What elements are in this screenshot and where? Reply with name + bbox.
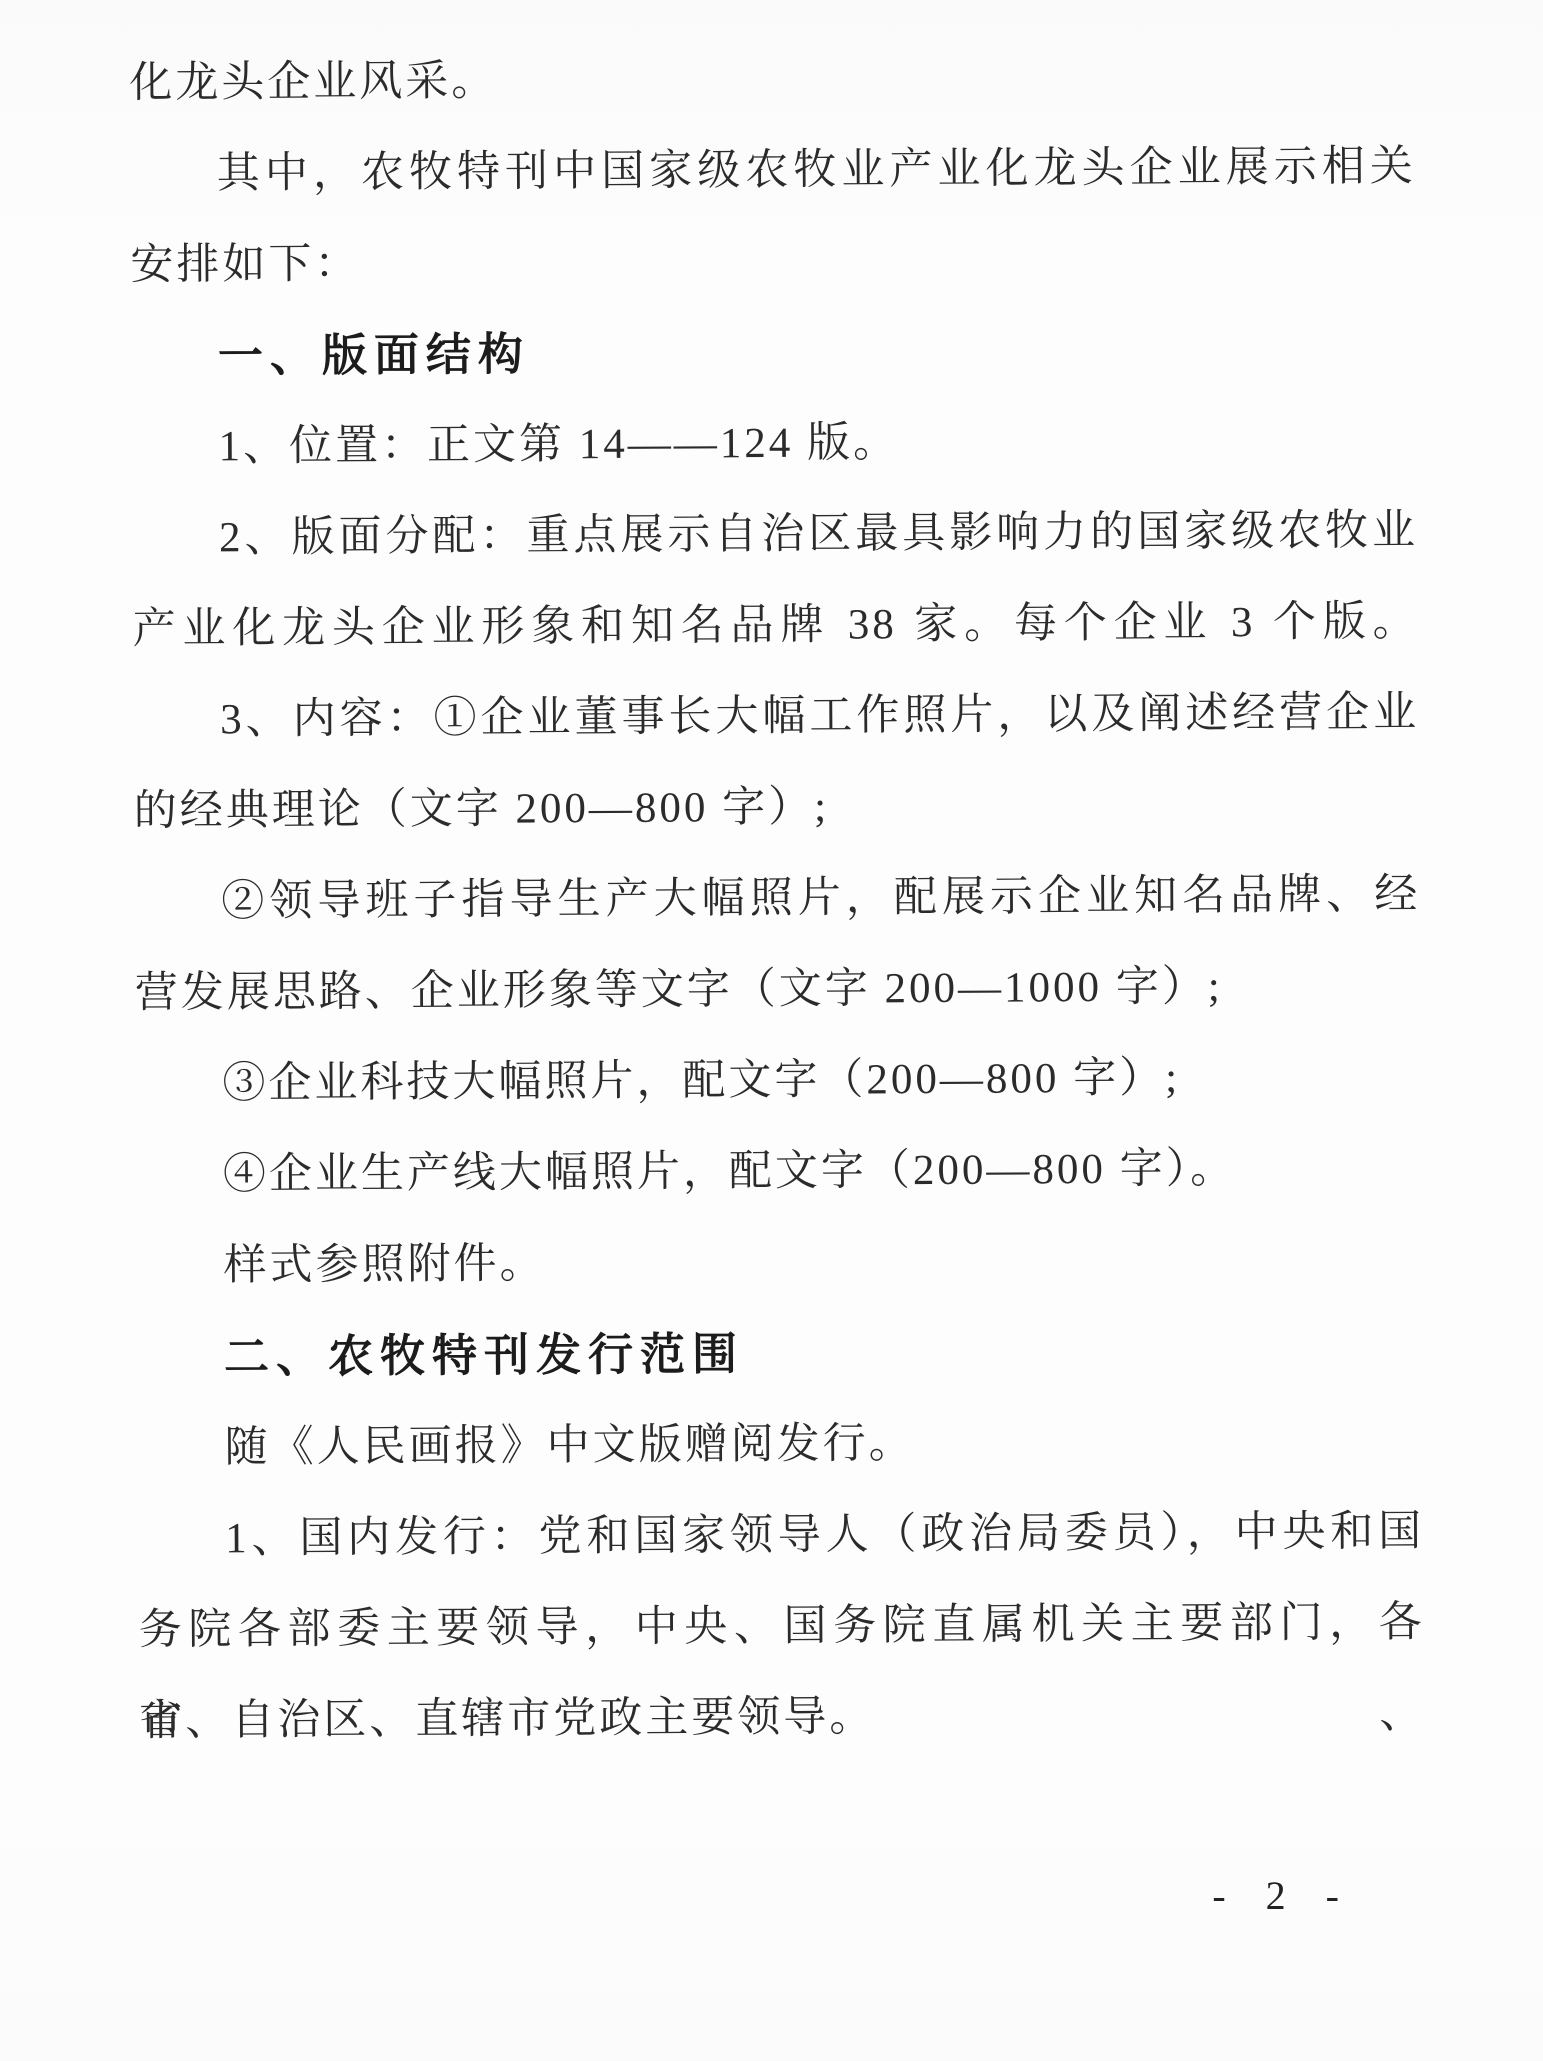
page-number: - 2 - <box>1212 1872 1345 1919</box>
body-line: 样式参照附件。 <box>136 1213 1423 1312</box>
body-line: 1、国内发行：党和国家领导人（政治局委员），中央和国 <box>138 1486 1425 1585</box>
body-line: 安排如下： <box>130 212 1417 311</box>
body-line: 务院各部委主要领导，中央、国务院直属机关主要部门，各省、 <box>138 1577 1425 1676</box>
body-line: 2、版面分配：重点展示自治区最具影响力的国家级农牧业 <box>132 485 1419 584</box>
body-line: 产业化龙头企业形象和知名品牌 38 家。每个企业 3 个版。 <box>132 576 1419 675</box>
body-line: 3、内容：①企业董事长大幅工作照片，以及阐述经营企业 <box>133 667 1420 766</box>
body-line: 的经典理论（文字 200—800 字）; <box>133 758 1420 857</box>
body-line: ②领导班子指导生产大幅照片，配展示企业知名品牌、经 <box>134 849 1421 948</box>
body-line: 其中，农牧特刊中国家级农牧业产业化龙头企业展示相关 <box>130 121 1417 220</box>
document-page: 化龙头企业风采。 其中，农牧特刊中国家级农牧业产业化龙头企业展示相关 安排如下：… <box>0 0 1543 2061</box>
section-heading-2: 二、农牧特刊发行范围 <box>137 1304 1424 1403</box>
body-line: 1、位置：正文第 14——124 版。 <box>131 394 1418 493</box>
section-heading-1: 一、版面结构 <box>131 303 1418 402</box>
body-line: 随《人民画报》中文版赠阅发行。 <box>137 1395 1424 1494</box>
body-line: ④企业生产线大幅照片，配文字（200—800 字）。 <box>136 1122 1423 1221</box>
body-line: 营发展思路、企业形象等文字（文字 200—1000 字）; <box>135 940 1422 1039</box>
document-body: 化龙头企业风采。 其中，农牧特刊中国家级农牧业产业化龙头企业展示相关 安排如下：… <box>129 30 1426 1767</box>
body-line: 化龙头企业风采。 <box>129 30 1416 129</box>
body-line: ③企业科技大幅照片，配文字（200—800 字）; <box>135 1031 1422 1130</box>
